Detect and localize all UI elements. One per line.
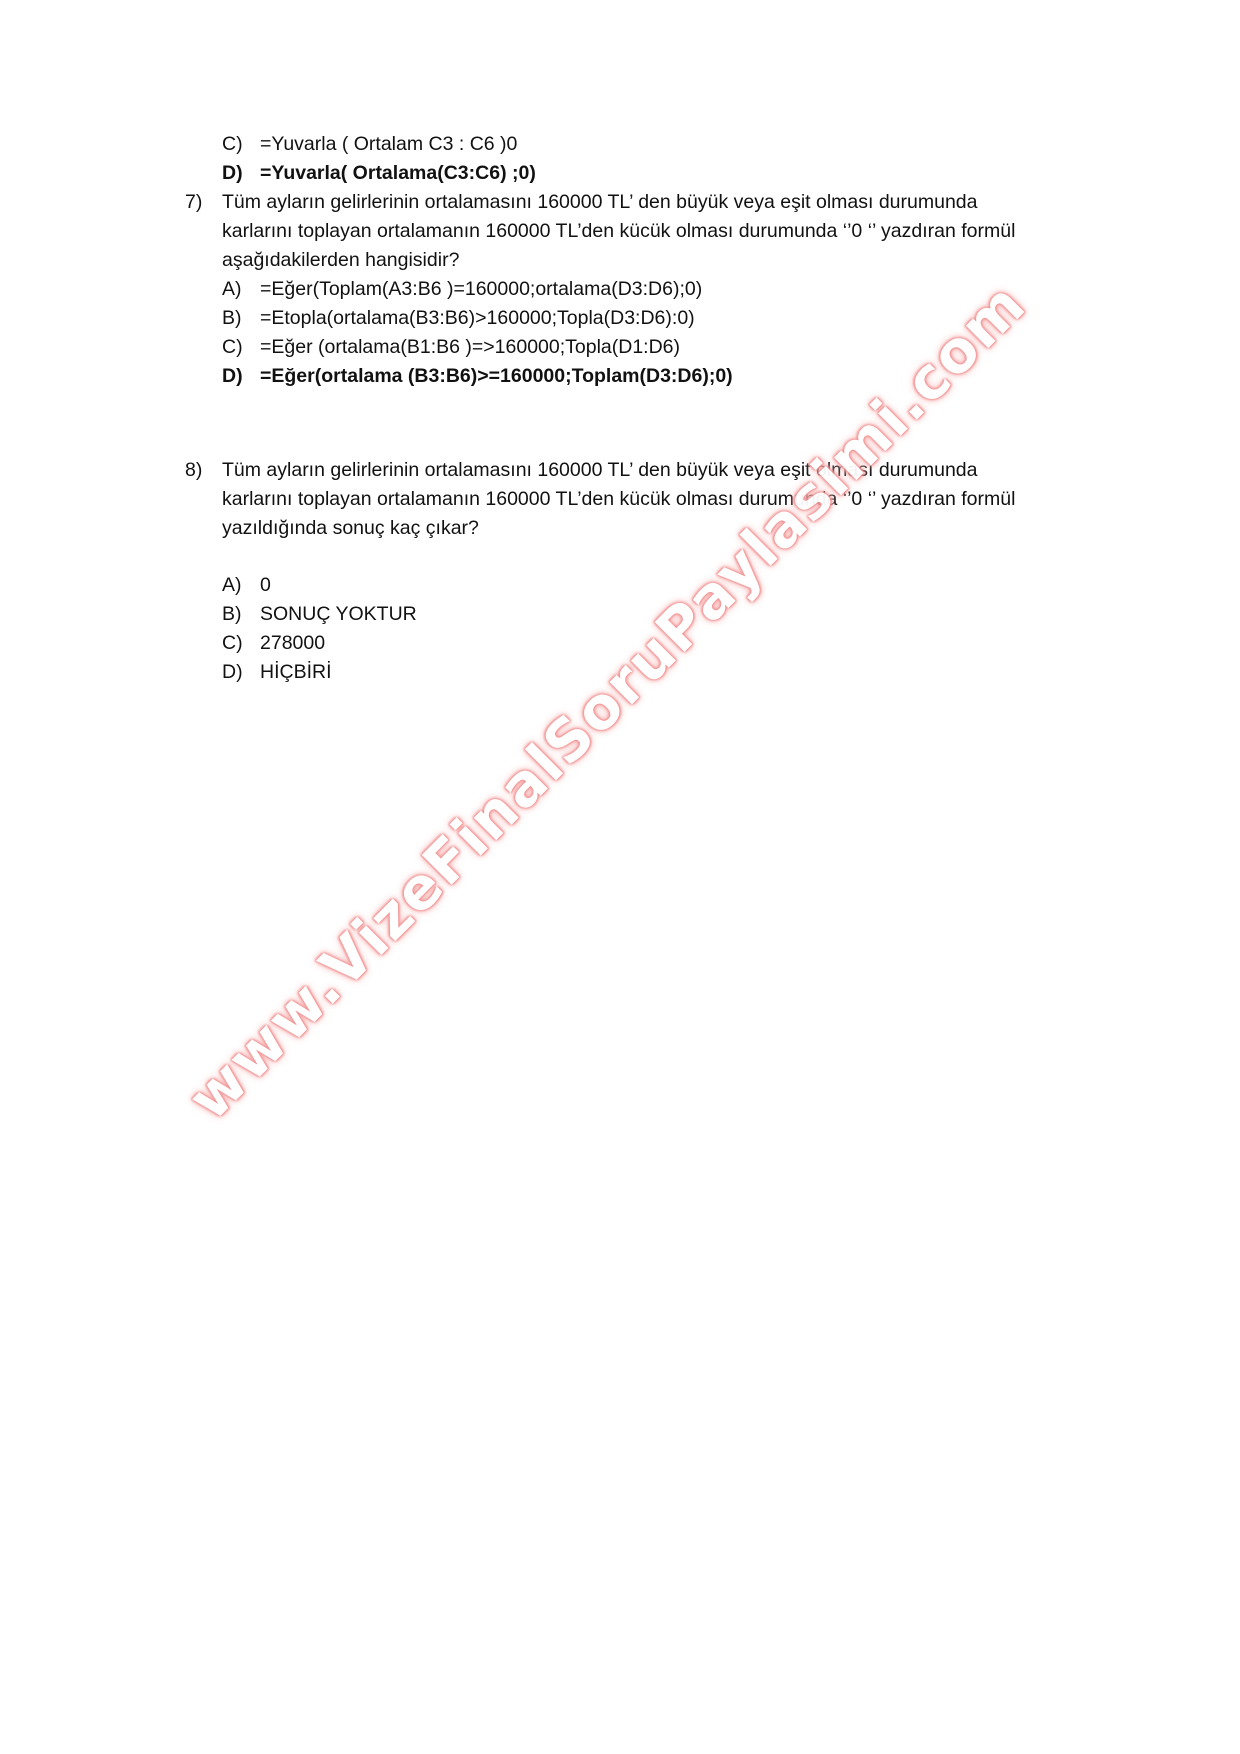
question-7-option-c: C)=Eğer (ortalama(B1:B6 )=>160000;Topla(… [222,331,680,363]
option-text: 0 [260,574,271,596]
option-text: =Yuvarla( Ortalama(C3:C6) ;0) [260,162,536,184]
question-8-option-a: A)0 [222,569,271,601]
option-letter: A) [222,569,260,601]
option-letter: A) [222,273,260,305]
option-c-prev: C)=Yuvarla ( Ortalam C3 : C6 )0 [222,128,517,160]
option-letter: C) [222,128,260,160]
question-7-number: 7) [185,186,202,218]
option-letter: D) [222,360,260,392]
question-8-option-d: D)HİÇBİRİ [222,656,332,688]
question-7-option-a: A)=Eğer(Toplam(A3:B6 )=160000;ortalama(D… [222,273,702,305]
option-text: =Eğer (ortalama(B1:B6 )=>160000;Topla(D1… [260,336,680,358]
question-7-option-b: B)=Etopla(ortalama(B3:B6)>160000;Topla(D… [222,302,695,334]
question-7-line-3: aşağıdakilerden hangisidir? [222,244,459,276]
option-text: =Eğer(Toplam(A3:B6 )=160000;ortalama(D3:… [260,278,702,300]
option-d-prev-answer: D)=Yuvarla( Ortalama(C3:C6) ;0) [222,157,536,189]
question-7-option-d-answer: D)=Eğer(ortalama (B3:B6)>=160000;Toplam(… [222,360,733,392]
option-text: =Etopla(ortalama(B3:B6)>160000;Topla(D3:… [260,307,695,329]
option-letter: D) [222,157,260,189]
option-text: =Yuvarla ( Ortalam C3 : C6 )0 [260,133,517,155]
option-letter: B) [222,302,260,334]
document-page: C)=Yuvarla ( Ortalam C3 : C6 )0 D)=Yuvar… [0,0,1240,1754]
option-text: =Eğer(ortalama (B3:B6)>=160000;Toplam(D3… [260,365,733,387]
question-8-line-1: Tüm ayların gelirlerinin ortalamasını 16… [222,454,978,486]
question-8-line-2: karlarını toplayan ortalamanın 160000 TL… [222,483,1015,515]
option-letter: C) [222,331,260,363]
option-text: HİÇBİRİ [260,661,332,683]
question-7-line-1: Tüm ayların gelirlerinin ortalamasını 16… [222,186,978,218]
question-8-option-b: B)SONUÇ YOKTUR [222,598,417,630]
question-7-line-2: karlarını toplayan ortalamanın 160000 TL… [222,215,1015,247]
option-letter: D) [222,656,260,688]
question-8-line-3: yazıldığında sonuç kaç çıkar? [222,512,479,544]
question-8-number: 8) [185,454,202,486]
option-letter: C) [222,627,260,659]
option-text: 278000 [260,632,325,654]
option-letter: B) [222,598,260,630]
question-8-option-c: C)278000 [222,627,325,659]
option-text: SONUÇ YOKTUR [260,603,417,625]
